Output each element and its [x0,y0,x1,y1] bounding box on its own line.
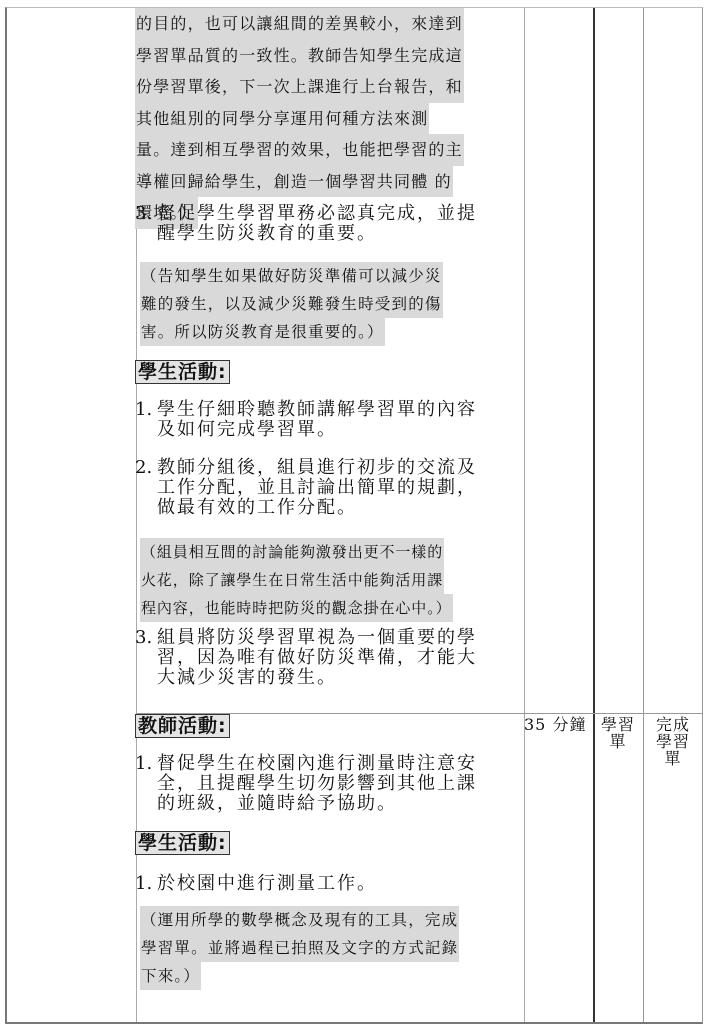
student-item-1: 1. 學生仔細聆聽教師講解學習單的內容 及如何完成學習單。 [135,400,520,440]
note-line: 的目的，也可以讓組間的差異較小，來達到 [135,8,464,40]
item-line: 工作分配，並且討論出簡單的規劃， [135,478,520,498]
student-item-2-note: （組員相互間的討論能夠激發出更不一樣的 火花，除了讓學生在日常生活中能夠活用課 … [140,538,453,622]
item-number: 3. [135,204,152,224]
teacher-item-3: 3. 督促學生學習單務必認真完成，並提 醒學生防災教育的重要。 [135,204,520,244]
column-divider [593,8,595,1022]
item-line: 教師分組後，組員進行初步的交流及 [135,458,520,478]
note-line: 量。達到相互學習的效果，也能把學習的主 [135,134,464,166]
student-activity-heading: 學生活動: [135,831,230,855]
resource-line: 單 [609,732,626,751]
item-line: 督促學生在校園內進行測量時注意安 [135,754,520,774]
note-line: 程內容，也能時時把防災的觀念掛在心中。） [140,594,453,622]
note-line: 學習單。並將過程已拍照及文字的方式記錄 [140,934,459,962]
note-line: 學習單品質的一致性。教師告知學生完成這 [135,40,464,72]
assessment-cell: 完成 學習 單 [644,716,702,767]
item-line: 及如何完成學習單。 [135,420,520,440]
item-line: 大減少災害的發生。 [135,668,520,688]
item-line: 做最有效的工作分配。 [135,498,520,518]
note-line: （組員相互間的討論能夠激發出更不一樣的 [140,538,444,566]
item-line: 習，因為唯有做好防災準備，才能大 [135,648,520,668]
student-item-1: 1. 於校園中進行測量工作。 [135,874,520,894]
student-activity-heading: 學生活動: [135,360,230,384]
item-number: 1. [135,754,152,774]
item-line: 的班級，並隨時給予協助。 [135,794,520,814]
item-line: 督促學生學習單務必認真完成，並提 [135,204,520,224]
time-cell: 35 分鐘 [524,716,592,733]
note-line: （運用所學的數學概念及現有的工具，完成 [140,906,459,934]
teacher-item-1: 1. 督促學生在校園內進行測量時注意安 全，且提醒學生切勿影響到其他上課 的班級… [135,754,520,814]
item-line: 於校園中進行測量工作。 [135,874,520,894]
student-item-2: 2. 教師分組後，組員進行初步的交流及 工作分配，並且討論出簡單的規劃， 做最有… [135,458,520,518]
note-line: 導權回歸給學生，創造一個學習共同體 的 [135,166,453,198]
note-line: 其他組別的同學分享運用何種方法來測 [135,103,429,135]
item-number: 1. [135,874,152,894]
note-line: 下來。） [140,962,201,990]
note-line: 火花，除了讓學生在日常生活中能夠活用課 [140,566,444,594]
note-line: 害。所以防災教育是很重要的。） [140,318,385,346]
intro-note: 的目的，也可以讓組間的差異較小，來達到 學習單品質的一致性。教師告知學生完成這 … [135,8,464,229]
student-item-3: 3. 組員將防災學習單視為一個重要的學 習，因為唯有做好防災準備，才能大 大減少… [135,628,520,688]
assessment-line: 單 [664,749,681,768]
note-line: 份學習單後，下一次上課進行上台報告，和 [135,71,464,103]
resource-cell: 學習 單 [594,716,642,750]
item-number: 1. [135,400,152,420]
item-number: 2. [135,458,152,478]
column-divider [524,8,525,1022]
item-line: 全，且提醒學生切勿影響到其他上課 [135,774,520,794]
note-line: （告知學生如果做好防災準備可以減少災 [140,262,443,290]
item-line: 組員將防災學習單視為一個重要的學 [135,628,520,648]
item-line: 醒學生防災教育的重要。 [135,224,520,244]
item-number: 3. [135,628,152,648]
teacher-activity-heading: 教師活動: [135,714,230,738]
teacher-item-3-note: （告知學生如果做好防災準備可以減少災 難的發生，以及減少災難發生時受到的傷 害。… [140,262,443,346]
column-divider [643,8,644,1022]
note-line: 難的發生，以及減少災難發生時受到的傷 [140,290,443,318]
student-item-1-note: （運用所學的數學概念及現有的工具，完成 學習單。並將過程已拍照及文字的方式記錄 … [140,906,459,990]
item-line: 學生仔細聆聽教師講解學習單的內容 [135,400,520,420]
